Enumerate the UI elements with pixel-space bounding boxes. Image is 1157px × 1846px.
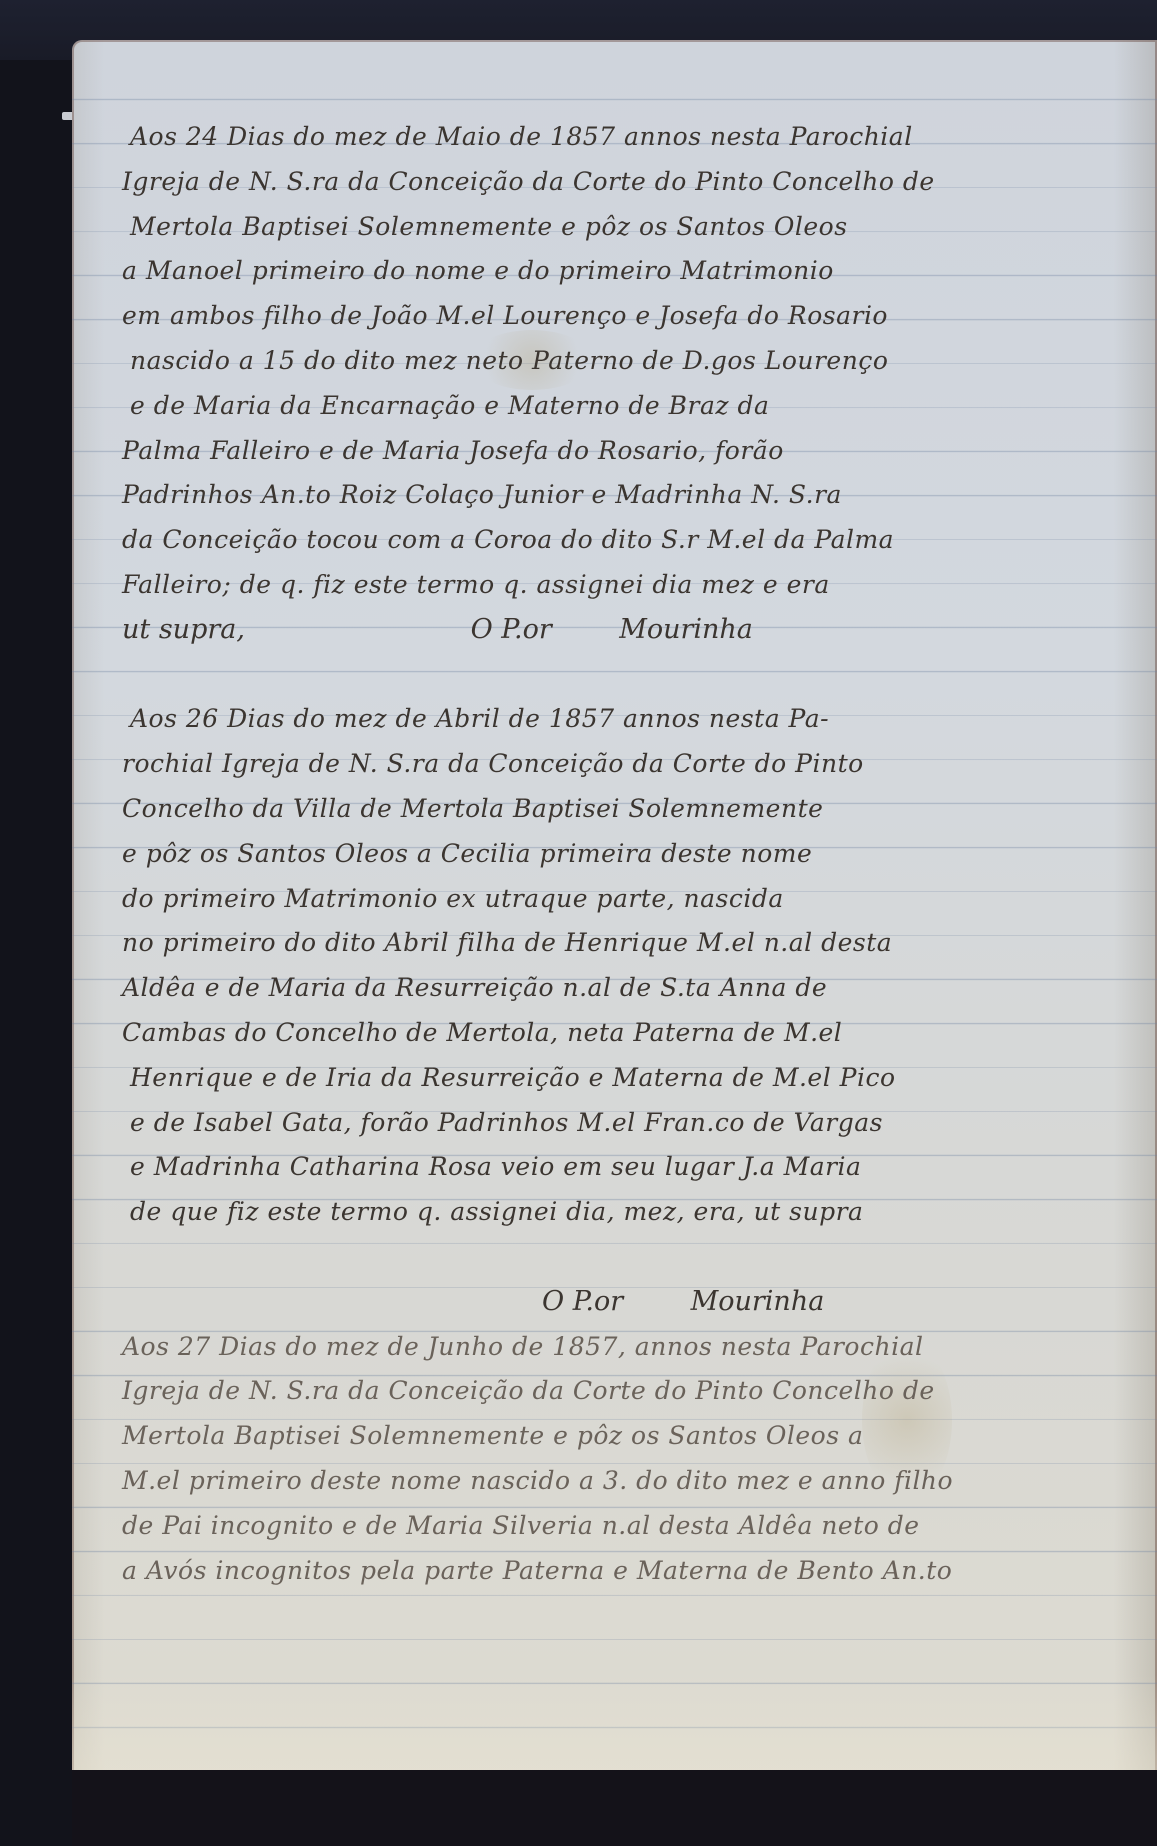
entry-line: Henrique e de Iria da Resurreição e Mate… (122, 1056, 1152, 1101)
signature-role: O P.or (471, 608, 611, 653)
entry-line: a Avós incognitos pela parte Paterna e M… (122, 1549, 1152, 1594)
entry-line: Igreja de N. S.ra da Conceição da Corte … (122, 160, 1152, 205)
signature-name: Mourinha (691, 1286, 825, 1317)
entry-line: da Conceição tocou com a Coroa do dito S… (122, 518, 1152, 563)
entry-line: e Madrinha Catharina Rosa veio em seu lu… (122, 1145, 1152, 1190)
entry-line: rochial Igreja de N. S.ra da Conceição d… (122, 742, 1152, 787)
entry-gap (122, 653, 1152, 698)
entry-line: Falleiro; de q. fiz este termo q. assign… (122, 563, 1152, 608)
entry-line: Palma Falleiro e de Maria Josefa do Rosa… (122, 429, 1152, 474)
entry-line: Cambas do Concelho de Mertola, neta Pate… (122, 1011, 1152, 1056)
entry-line: de que fiz este termo q. assignei dia, m… (122, 1190, 1152, 1235)
entry-line: de Pai incognito e de Maria Silveria n.a… (122, 1504, 1152, 1549)
baptism-entry-3: Aos 27 Dias do mez de Junho de 1857, ann… (122, 1325, 1152, 1594)
entry-gap (122, 1235, 1152, 1280)
signature-name: Mourinha (619, 614, 753, 645)
baptism-entry-1: Aos 24 Dias do mez de Maio de 1857 annos… (122, 115, 1152, 653)
signature-line: O P.or Mourinha (122, 1280, 1152, 1325)
entry-line: Padrinhos An.to Roiz Colaço Junior e Mad… (122, 473, 1152, 518)
entry-line: Concelho da Villa de Mertola Baptisei So… (122, 787, 1152, 832)
dark-backdrop-bottom (72, 1770, 1157, 1846)
entry-line: em ambos filho de João M.el Lourenço e J… (122, 294, 1152, 339)
entry-line: Mertola Baptisei Solemnemente e pôz os S… (122, 205, 1152, 250)
signature-role: O P.or (542, 1280, 682, 1325)
entry-line: Igreja de N. S.ra da Conceição da Corte … (122, 1369, 1152, 1414)
entry-line: e de Maria da Encarnação e Materno de Br… (122, 384, 1152, 429)
handwritten-text: Aos 24 Dias do mez de Maio de 1857 annos… (122, 115, 1152, 1593)
signature-line: ut supra, O P.or Mourinha (122, 608, 1152, 653)
entry-line: Aldêa e de Maria da Resurreição n.al de … (122, 966, 1152, 1011)
entry-line: no primeiro do dito Abril filha de Henri… (122, 921, 1152, 966)
entry-line: M.el primeiro deste nome nascido a 3. do… (122, 1459, 1152, 1504)
entry-line: ut supra, (122, 608, 462, 653)
entry-line: Aos 27 Dias do mez de Junho de 1857, ann… (122, 1325, 1152, 1370)
entry-line: nascido a 15 do dito mez neto Paterno de… (122, 339, 1152, 384)
manuscript-page: Aos 24 Dias do mez de Maio de 1857 annos… (72, 40, 1157, 1825)
entry-line: do primeiro Matrimonio ex utraque parte,… (122, 877, 1152, 922)
entry-line: a Manoel primeiro do nome e do primeiro … (122, 249, 1152, 294)
entry-line: Aos 24 Dias do mez de Maio de 1857 annos… (122, 115, 1152, 160)
entry-line: Mertola Baptisei Solemnemente e pôz os S… (122, 1414, 1152, 1459)
left-binding-edge (0, 60, 72, 1846)
entry-line: e de Isabel Gata, forão Padrinhos M.el F… (122, 1101, 1152, 1146)
baptism-entry-2: Aos 26 Dias do mez de Abril de 1857 anno… (122, 697, 1152, 1324)
entry-line: e pôz os Santos Oleos a Cecilia primeira… (122, 832, 1152, 877)
entry-line: Aos 26 Dias do mez de Abril de 1857 anno… (122, 697, 1152, 742)
